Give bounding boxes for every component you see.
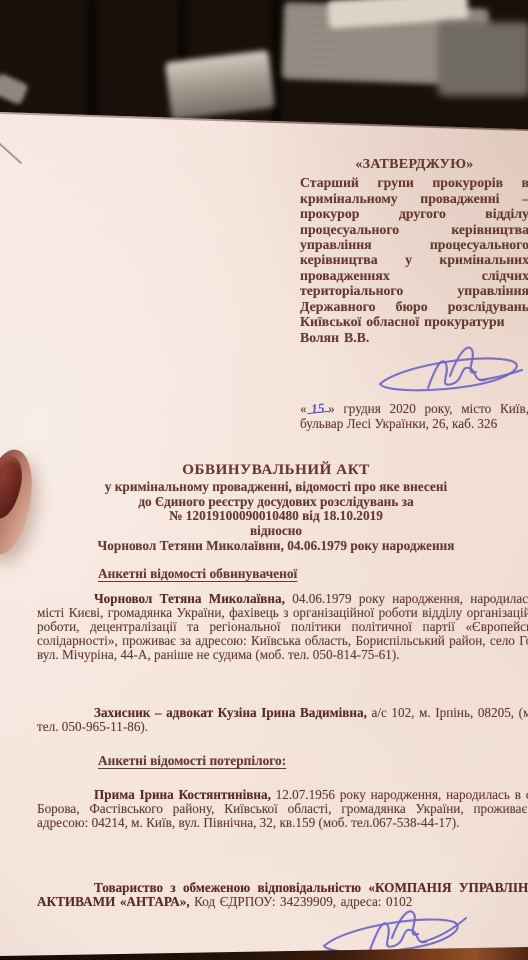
thumb-nail-polish [0, 452, 28, 523]
handwritten-day: 15 [306, 400, 329, 417]
accused-section-heading: Анкетні відомості обвинуваченої [98, 566, 297, 582]
date-text: » грудня 2020 року, місто Київ, бульвар … [300, 401, 528, 431]
document-title: ОБВИНУВАЛЬНИЙ АКТ [24, 463, 528, 478]
victim-name-bold: Прима Ірина Костянтинівна, [94, 787, 271, 802]
document-photo: «ЗАТВЕРДЖУЮ» Старший групи прокурорів в … [0, 0, 528, 960]
date-block: «15» грудня 2020 року, місто Київ, бульв… [300, 401, 528, 431]
background-paper-stack [165, 50, 275, 120]
accused-paragraph: Чорновол Тетяна Миколаївна, 04.06.1979 р… [37, 592, 528, 662]
victim-section-heading: Анкетні відомості потерпілого: [98, 753, 286, 769]
sheet-corner-line [0, 140, 22, 164]
accused-name-bold: Чорновол Тетяна Миколаївна, [94, 591, 285, 606]
document-paper: «ЗАТВЕРДЖУЮ» Старший групи прокурорів в … [0, 0, 528, 960]
shelf-post [272, 0, 281, 140]
approval-block: «ЗАТВЕРДЖУЮ» Старший групи прокурорів в … [300, 157, 528, 346]
title-block: ОБВИНУВАЛЬНИЙ АКТ у кримінальному провад… [24, 463, 528, 554]
title-line: до Єдиного реєстру досудових розслідуван… [24, 495, 528, 510]
title-line: у кримінальному провадженні, відомості п… [24, 480, 528, 495]
case-number: № 12019100090010480 від 18.10.2019 [24, 509, 528, 524]
approver-title-text: Старший групи прокурорів в кримінальному… [300, 175, 528, 329]
company-paragraph: Товариство з обмеженою відповідальністю … [37, 881, 528, 909]
signature-approver [372, 342, 528, 398]
victim-paragraph: Прима Ірина Костянтинівна, 12.07.1956 ро… [37, 788, 528, 830]
title-line: відносно [24, 524, 528, 539]
background-paper-stack [438, 22, 528, 96]
accused-name-line: Чорновол Тетяни Миколаївни, 04.06.1979 р… [24, 539, 528, 554]
defender-name-bold: Захисник – адвокат Кузіна Ірина Вадимівн… [94, 705, 367, 720]
defender-paragraph: Захисник – адвокат Кузіна Ірина Вадимівн… [37, 706, 528, 734]
approve-label: «ЗАТВЕРДЖУЮ» [300, 157, 528, 172]
background-paper-stack [0, 72, 29, 105]
